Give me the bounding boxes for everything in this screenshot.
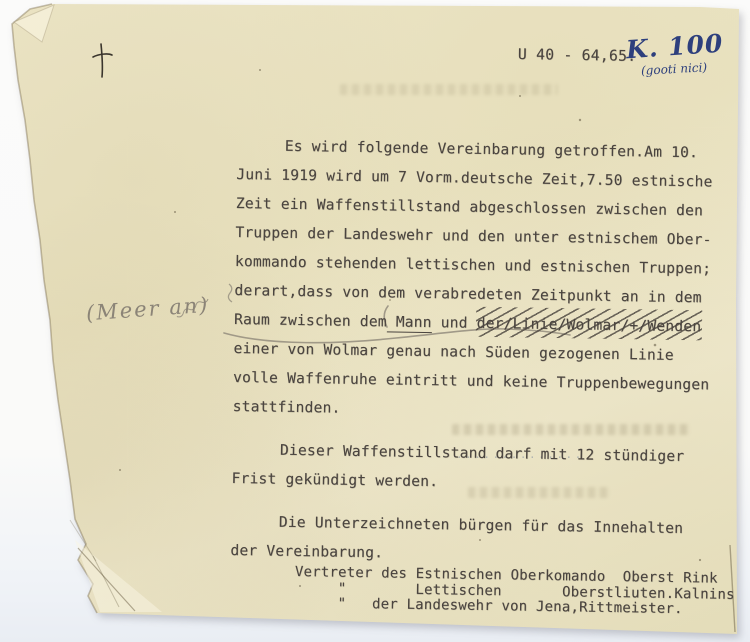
underlined-word: Mann xyxy=(387,313,432,333)
line-prefix: Raum zwischen dem xyxy=(234,311,387,330)
document-body: Es wird folgende Vereinbarung getroffen.… xyxy=(230,131,737,573)
line-mid: und xyxy=(432,314,477,332)
signature-block: Vertreter des Estnischen Oberkomando Obe… xyxy=(294,565,735,619)
struck-out-text: der/Linie/Wolmar/+/Wenden xyxy=(476,309,701,342)
archive-mark-typed: U 40 - 64,65. xyxy=(518,46,637,65)
bleed-through-text xyxy=(340,84,558,95)
scanned-document-page: .............. U 40 - 64,65. K. 100 (goo… xyxy=(0,0,750,642)
